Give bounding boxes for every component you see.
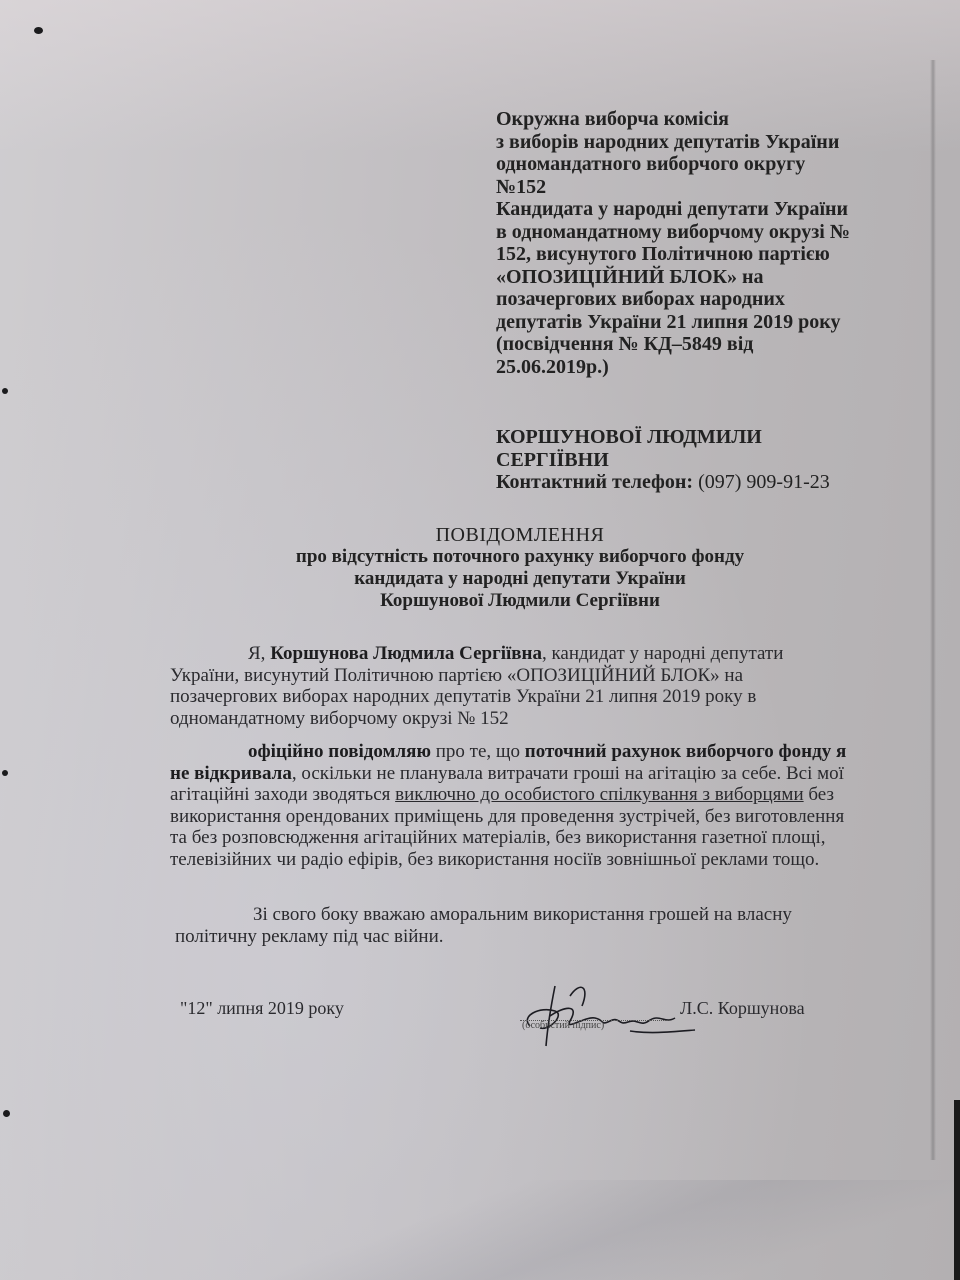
- candidate-name-line2: СЕРГІЇВНИ: [496, 449, 916, 472]
- addressee-line: (посвідчення № КД–5849 від: [496, 333, 916, 356]
- p1-name: Коршунова Людмила Сергіївна: [270, 643, 542, 664]
- candidate-block: КОРШУНОВОЇ ЛЮДМИЛИ СЕРГІЇВНИ Контактний …: [496, 426, 916, 494]
- punch-hole-mark: [3, 1110, 10, 1117]
- addressee-line: Кандидата у народні депутати України: [496, 198, 916, 221]
- paragraph-declaration: Я, Коршунова Людмила Сергіївна, кандидат…: [170, 643, 850, 729]
- toner-streak: [930, 60, 936, 1160]
- p1-start: Я,: [248, 643, 270, 664]
- paragraph-notice: офіційно повідомляю про те, що поточний …: [170, 741, 850, 870]
- p2-text1: про те, що: [431, 741, 525, 762]
- addressee-line: одномандатного виборчого округу: [496, 153, 916, 176]
- addressee-line: з виборів народних депутатів України: [496, 131, 916, 154]
- signature-date: "12" липня 2019 року: [180, 998, 344, 1019]
- p2-underlined: виключно до особистого спілкування з виб…: [395, 784, 803, 805]
- signatory-name: Л.С. Коршунова: [680, 998, 805, 1019]
- addressee-line: 25.06.2019р.): [496, 356, 916, 379]
- phone-value: (097) 909-91-23: [698, 471, 830, 493]
- addressee-line: №152: [496, 176, 916, 199]
- addressee-line: «ОПОЗИЦІЙНИЙ БЛОК» на: [496, 266, 916, 289]
- p2-bold1: офіційно повідомляю: [248, 741, 431, 762]
- title-subline: кандидата у народні депутати України: [200, 568, 840, 590]
- document-photo: Окружна виборча комісія з виборів народн…: [0, 0, 960, 1280]
- phone-label: Контактний телефон:: [496, 471, 693, 493]
- addressee-block: Окружна виборча комісія з виборів народн…: [496, 108, 916, 378]
- paragraph-statement: Зі свого боку вважаю аморальним використ…: [175, 904, 855, 947]
- contact-phone: Контактний телефон: (097) 909-91-23: [496, 471, 916, 494]
- title-subline: Коршунової Людмили Сергіївни: [200, 590, 840, 612]
- punch-hole-mark: [34, 27, 43, 34]
- addressee-line: позачергових виборах народних: [496, 288, 916, 311]
- title-main: ПОВІДОМЛЕННЯ: [200, 524, 840, 546]
- title-subline: про відсутність поточного рахунку виборч…: [200, 546, 840, 568]
- paper-fold-shadow: [60, 1180, 960, 1280]
- signature-caption: (особистий підпис): [522, 1020, 604, 1031]
- candidate-name-line1: КОРШУНОВОЇ ЛЮДМИЛИ: [496, 426, 916, 449]
- punch-hole-mark: [2, 770, 8, 776]
- addressee-line: 152, висунутого Політичною партією: [496, 243, 916, 266]
- addressee-line: в одномандатному виборчому окрузі №: [496, 221, 916, 244]
- punch-hole-mark: [2, 388, 8, 394]
- background-edge: [954, 1100, 960, 1280]
- document-title: ПОВІДОМЛЕННЯ про відсутність поточного р…: [200, 524, 840, 612]
- addressee-line: депутатів України 21 липня 2019 року: [496, 311, 916, 334]
- addressee-line: Окружна виборча комісія: [496, 108, 916, 131]
- p3-text: Зі свого боку вважаю аморальним використ…: [175, 904, 792, 947]
- signature-row: "12" липня 2019 року (особистий підпис) …: [180, 998, 840, 1058]
